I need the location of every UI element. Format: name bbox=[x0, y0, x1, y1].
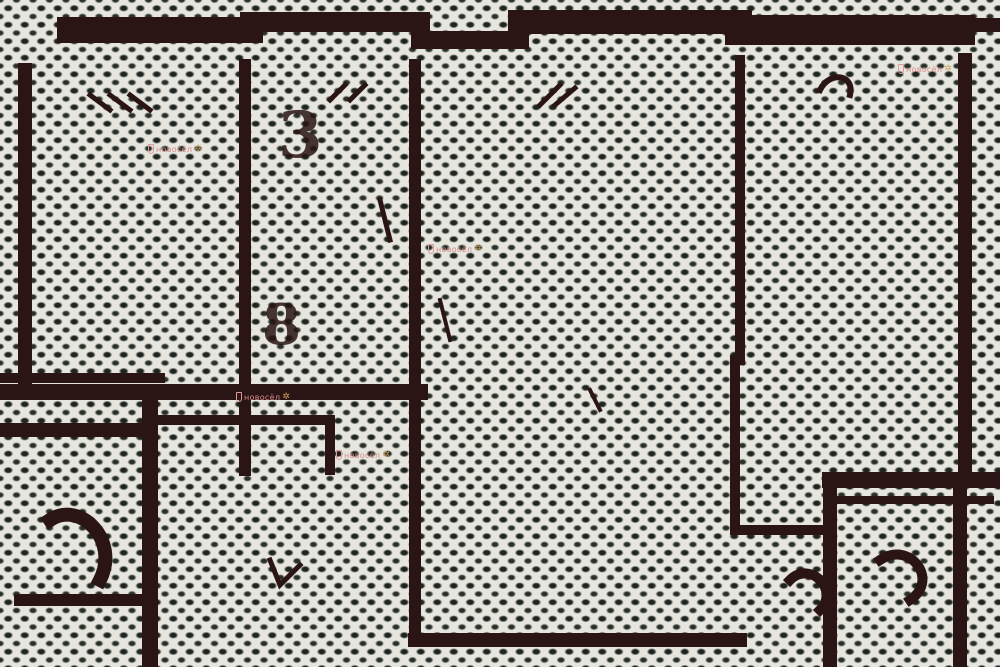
star-icon: ✲ bbox=[382, 450, 390, 460]
room-mark-a: 3 bbox=[278, 98, 323, 173]
star-icon: ✲ bbox=[474, 244, 482, 254]
walls bbox=[0, 0, 1000, 667]
floor-plan: 3 8 новосёл ✲ новосёл ✲ новосёл ✲ новосё… bbox=[0, 0, 1000, 667]
watermark: новосёл ✲ bbox=[336, 450, 390, 460]
watermark-logo-icon bbox=[336, 450, 342, 460]
watermark-logo-icon bbox=[148, 144, 154, 154]
watermark: новосёл ✲ bbox=[148, 144, 202, 154]
star-icon: ✲ bbox=[194, 144, 202, 154]
star-icon: ✲ bbox=[944, 64, 952, 74]
room-mark-b: 8 bbox=[262, 292, 301, 358]
watermark: новосёл ✲ bbox=[236, 392, 290, 402]
watermark-logo-icon bbox=[236, 392, 242, 402]
watermark: новосёл ✲ bbox=[428, 244, 482, 254]
watermark-logo-icon bbox=[898, 64, 904, 74]
star-icon: ✲ bbox=[282, 392, 290, 402]
watermark: новосёл ✲ bbox=[898, 64, 952, 74]
watermark-logo-icon bbox=[428, 244, 434, 254]
